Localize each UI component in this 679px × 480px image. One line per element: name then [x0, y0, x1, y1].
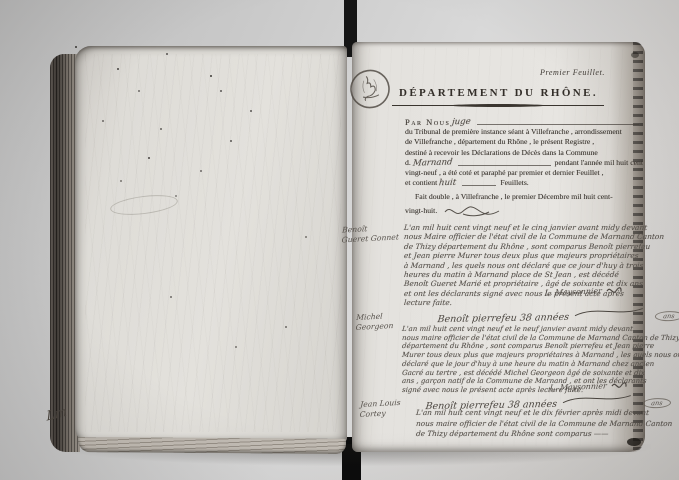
form-line: vingt-huit. — [405, 203, 643, 217]
margin-name-line: Georgeon — [355, 321, 393, 333]
oval-note: ans — [643, 398, 672, 408]
swash-flourish-icon — [574, 307, 645, 318]
signature-flourish-icon — [443, 203, 501, 217]
form-line: destiné à recevoir les Déclarations de D… — [405, 148, 643, 158]
form-line: et contient huit Feuillets. — [405, 178, 643, 188]
act-line: nous Maire officier de l'état civil de l… — [404, 232, 653, 241]
printed-register-form: Par Nous juge du Tribunal de première in… — [405, 117, 643, 217]
left-page — [75, 46, 347, 442]
bleed-through-texture — [85, 54, 341, 432]
handwritten-commune: Marnand — [412, 157, 453, 169]
feuillets-label: Feuillets. — [500, 178, 528, 188]
margin-name-act2: Michel Georgeon — [355, 311, 394, 333]
title-rule — [392, 104, 604, 107]
act-line: nous maire officier de l'état civil de l… — [416, 419, 649, 430]
swash-flourish-icon — [562, 394, 633, 405]
death-act-1: L'an mil huit cent vingt neuf et le cinq… — [404, 223, 652, 308]
blank-rule — [458, 165, 550, 166]
blank-rule — [477, 124, 639, 125]
act-line: Murer tous deux plus que majeurs proprié… — [402, 351, 655, 360]
act-line: de Thizy département du Rhône sont compa… — [416, 429, 649, 440]
form-line: d. Marnand pendant l'année mil huit cent — [405, 158, 643, 168]
margin-name-act1: Benoît Gueret Gonnet — [341, 223, 399, 246]
act-line: et Jean pierre Murer tous deux plus que … — [404, 251, 653, 260]
scanned-register-photo: Lm Premier Feuillet. DÉPARTEMENT DU RHÔN… — [0, 0, 679, 480]
form-line: vingt-neuf , a été coté et paraphé par p… — [405, 168, 643, 178]
act-line: L'an mil huit cent vingt neuf et le dix … — [416, 408, 649, 419]
form-line: de Villefranche , département du Rhône ,… — [405, 137, 643, 147]
date-closing: vingt-huit. — [405, 206, 437, 216]
handwritten-count: huit — [439, 178, 457, 189]
page-title: DÉPARTEMENT DU RHÔNE. — [352, 87, 645, 99]
form-line: Par Nous juge — [405, 117, 643, 127]
form-line: du Tribunal de première instance séant à… — [405, 127, 643, 137]
act-line: L'an mil huit cent vingt neuf et le cinq… — [404, 223, 653, 232]
d-label: d. — [405, 158, 411, 168]
pendant-label: pendant l'année mil huit cent — [555, 158, 643, 168]
oval-note: ans — [655, 311, 679, 321]
paraph-icon — [606, 285, 623, 296]
act-line: déclaré que le jour d'huy à une heure du… — [402, 360, 655, 369]
edge-stain — [631, 52, 639, 58]
folio-note: Premier Feuillet. — [455, 68, 605, 77]
deceased-name-age: Benoît pierrefeu 38 années — [437, 312, 570, 325]
act-line: L'an mil huit cent vingt neuf et le neuf… — [402, 325, 655, 334]
right-page: Premier Feuillet. DÉPARTEMENT DU RHÔNE. … — [352, 42, 645, 452]
paraph-icon — [611, 380, 628, 391]
page-bottom-edges — [78, 437, 346, 454]
blank-rule — [462, 185, 496, 186]
death-act-3: L'an mil huit cent vingt neuf et le dix … — [416, 408, 648, 440]
handwritten-judge: juge — [452, 117, 472, 128]
act-line: département du Rhône , sont comparus Ben… — [402, 342, 655, 351]
ink-specks — [75, 46, 77, 48]
act-line: de Thizy département du Rhône , sont com… — [404, 242, 653, 251]
margin-name-line: Cortey — [359, 408, 400, 420]
par-nous-label: Par Nous — [405, 117, 450, 127]
margin-name-act3: Jean Louis Cortey — [359, 398, 400, 420]
et-contient-label: et contient — [405, 178, 437, 188]
form-line: Fait double , à Villefranche , le premie… — [405, 192, 643, 202]
act-line: Gacré au tertre , est décédé Michel Geor… — [402, 369, 655, 378]
act-line: à Marnand , les quels nous ont déclaré q… — [404, 261, 653, 270]
